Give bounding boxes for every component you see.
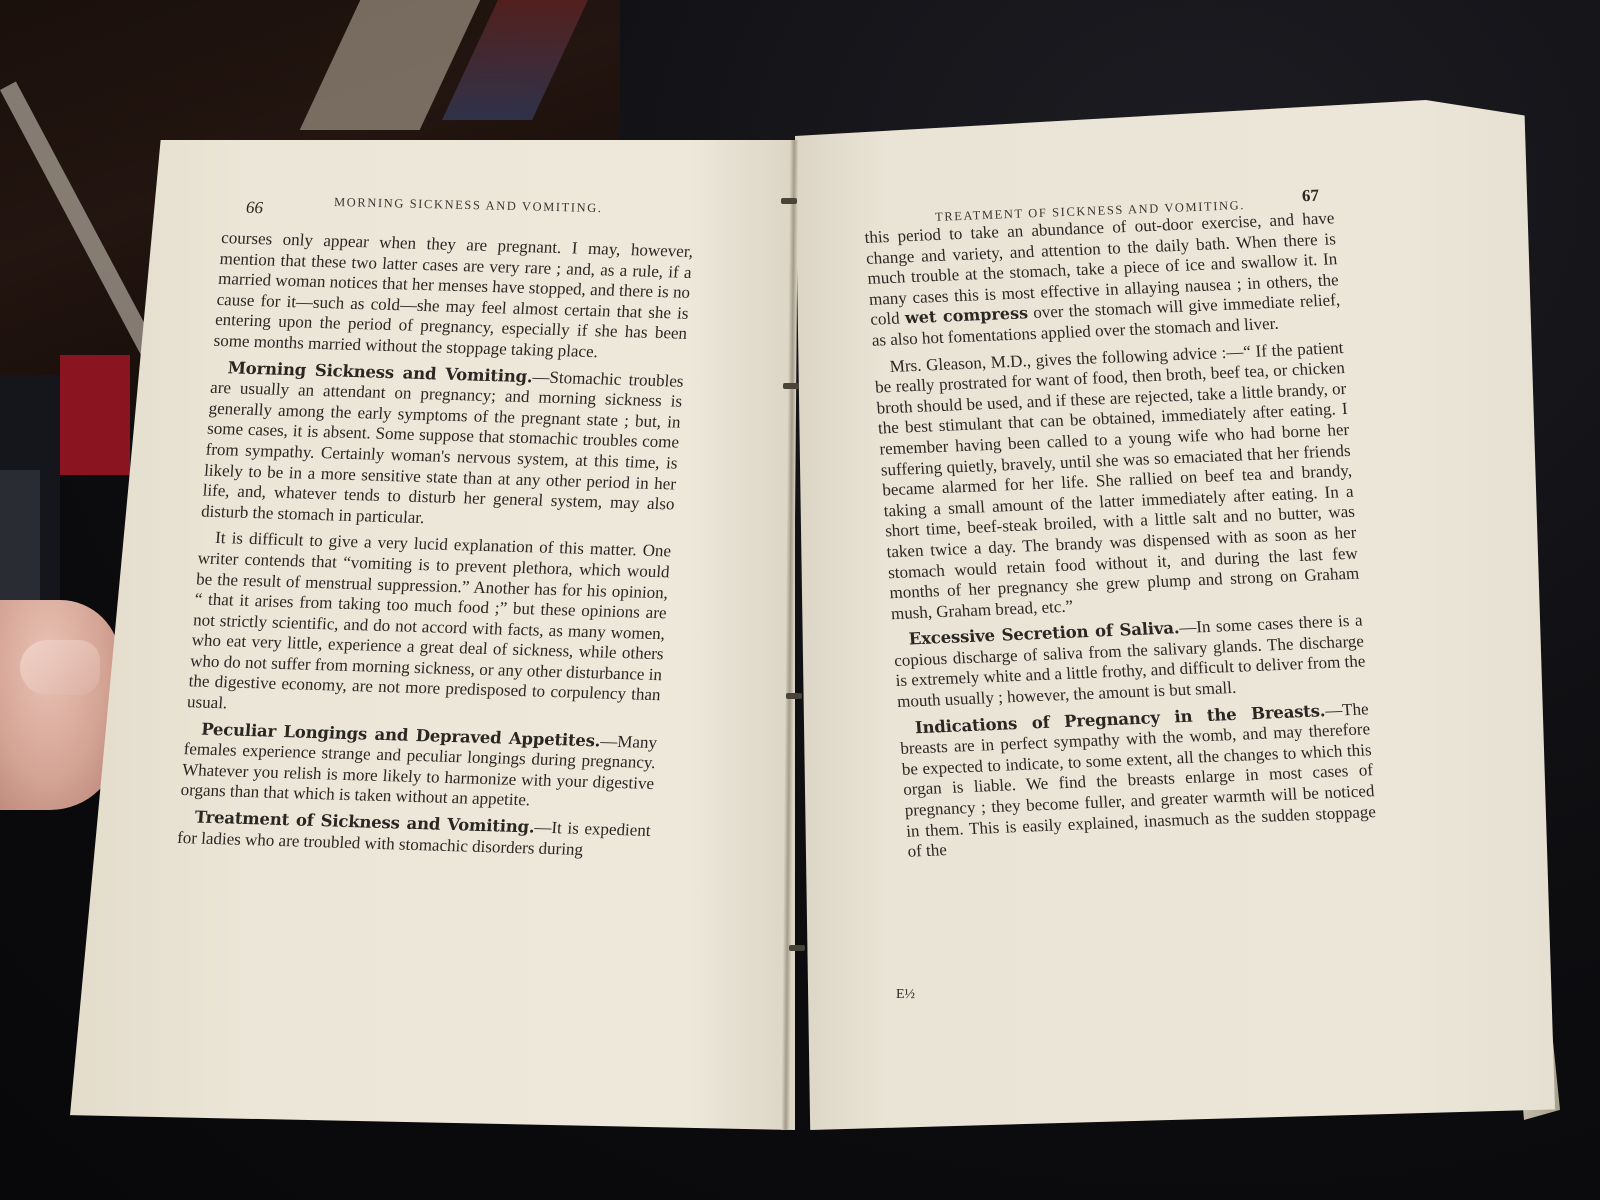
paragraph: courses only appear when they are pregna… [213, 228, 694, 365]
paragraph: this period to take an abundance of out-… [864, 208, 1342, 351]
binding-stitch [789, 945, 805, 951]
right-page-body: this period to take an abundance of out-… [864, 208, 1378, 868]
signature-mark: E½ [896, 987, 915, 1003]
binding-stitch [781, 198, 797, 204]
binding-stitch [786, 693, 802, 699]
paragraph-treatment: Treatment of Sickness and Vomiting.—It i… [176, 807, 651, 862]
paragraph-peculiar-longings: Peculiar Longings and Depraved Appetites… [180, 719, 658, 815]
paragraph-saliva: Excessive Secretion of Saliva.—In some c… [892, 611, 1367, 713]
right-page-number: 67 [1302, 186, 1320, 207]
paragraph-gleason-quote: Mrs. Gleason, M.D., gives the following … [873, 338, 1361, 625]
left-page-body: courses only appear when they are pregna… [176, 228, 694, 868]
open-book: 66 MORNING SICKNESS AND VOMITING. course… [0, 0, 1600, 1200]
paragraph-body: —Stomachic troubles are usually an atten… [201, 367, 685, 527]
paragraph-morning-sickness: Morning Sickness and Vomiting.—Stomachic… [200, 357, 684, 535]
paragraph: It is difficult to give a very lucid exp… [186, 528, 671, 727]
paragraph-breasts: Indications of Pregnancy in the Breasts.… [898, 699, 1378, 863]
left-page-number: 66 [246, 198, 264, 218]
binding-stitch [783, 383, 799, 389]
